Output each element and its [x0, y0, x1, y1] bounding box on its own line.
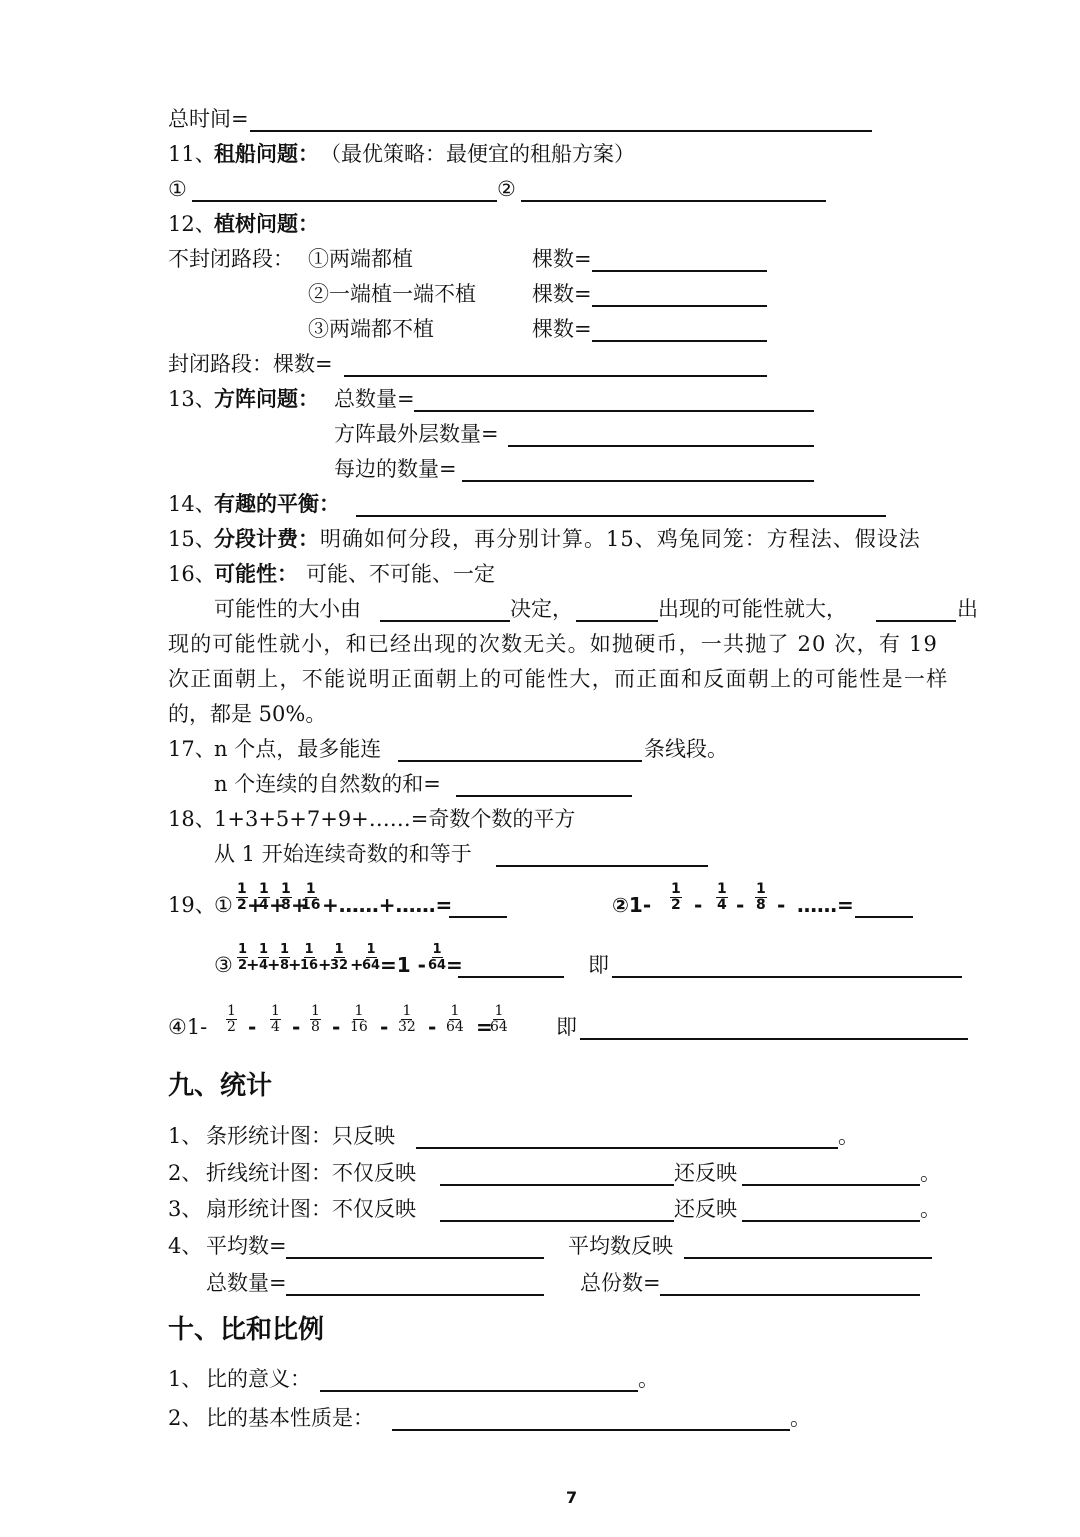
item-number: 3、 — [168, 1192, 202, 1226]
blank-q19-3[interactable] — [458, 976, 564, 978]
text: 总份数= — [580, 1266, 661, 1300]
item-number: 1、 — [168, 1119, 202, 1153]
numerator: 1 — [353, 1004, 364, 1020]
denominator: 32 — [330, 958, 348, 973]
label: 总时间= — [168, 102, 249, 136]
text: 现的可能性就小，和已经出现的次数无关。如抛硬币，一共抛了 20 次，有 19 — [168, 627, 938, 661]
denominator: 32 — [398, 1020, 416, 1035]
blank-s9-5b[interactable] — [660, 1294, 920, 1296]
formula-tail: +……+……= — [322, 888, 452, 922]
blank-q16-2[interactable] — [576, 620, 658, 622]
formula-marker: ① — [214, 888, 233, 922]
question-number: 19、 — [168, 888, 216, 922]
count-label: 棵数= — [532, 312, 592, 346]
question-text: 可能、不可能、一定 — [306, 557, 495, 591]
question-number: 11、 — [168, 137, 216, 171]
blank-q17-1[interactable] — [398, 760, 642, 762]
numerator: 1 — [432, 942, 443, 958]
blank-s9-3a[interactable] — [440, 1220, 674, 1222]
blank-s9-2b[interactable] — [742, 1184, 920, 1186]
item-number: 2、 — [168, 1401, 202, 1435]
numerator: 1 — [304, 942, 315, 958]
text: 平均数= — [206, 1229, 287, 1263]
question-number: 15、 — [168, 522, 216, 556]
text: 折线统计图：不仅反映 — [206, 1156, 416, 1190]
numerator: 1 — [401, 1004, 412, 1020]
text: 条形统计图：只反映 — [206, 1119, 395, 1153]
item-label: 每边的数量= — [334, 452, 457, 486]
blank-q16-3[interactable] — [876, 620, 956, 622]
text: n 个点，最多能连 — [214, 732, 381, 766]
formula-tail: ……= — [797, 888, 854, 922]
text: 次正面朝上，不能说明正面朝上的可能性大，而正面和反面朝上的可能性是一样 — [168, 662, 949, 696]
item-label: 总数量= — [334, 382, 415, 416]
numerator: 1 — [449, 1004, 460, 1020]
formula-marker: ③ — [214, 948, 233, 982]
item-number: 4、 — [168, 1229, 202, 1263]
text: 出 — [957, 592, 978, 626]
formula-marker: ④1- — [168, 1010, 207, 1044]
text: 条线段。 — [644, 732, 728, 766]
punct: 。 — [790, 1401, 811, 1435]
punct: 。 — [638, 1362, 659, 1396]
section-heading: 九、统计 — [168, 1064, 272, 1108]
denominator: 4 — [259, 898, 269, 913]
denominator: 4 — [271, 1020, 280, 1035]
blank-q13-2[interactable] — [508, 445, 814, 447]
text: 还反映 — [674, 1156, 737, 1190]
numerator: 1 — [493, 1004, 504, 1020]
numerator: 1 — [334, 942, 345, 958]
item-number: 2、 — [168, 1156, 202, 1190]
question-number: 18、 — [168, 802, 216, 836]
section-heading: 十、比和比例 — [168, 1308, 324, 1352]
blank-q14[interactable] — [356, 515, 886, 517]
case-label: ②一端植一端不植 — [308, 277, 476, 311]
page-number: 7 — [566, 1488, 577, 1507]
question-number: 14、 — [168, 487, 216, 521]
count-label: 棵数= — [532, 242, 592, 276]
question-title: 植树问题： — [214, 207, 319, 241]
denominator: 64 — [428, 958, 446, 973]
numerator: 1 — [305, 882, 317, 898]
blank-q11-2[interactable] — [521, 200, 826, 202]
blank-s9-2a[interactable] — [440, 1184, 674, 1186]
text: 可能性的大小由 — [214, 592, 361, 626]
blank-q12-2[interactable] — [592, 305, 767, 307]
text: 比的意义： — [206, 1362, 311, 1396]
numerator: 1 — [280, 882, 292, 898]
text: 出现的可能性就大， — [658, 592, 847, 626]
numerator: 1 — [270, 1004, 281, 1020]
closed-path-label: 封闭路段：棵数= — [168, 347, 333, 381]
denominator: 8 — [281, 898, 291, 913]
question-text: 明确如何分段，再分别计算。15、鸡兔同笼：方程法、假设法 — [320, 522, 921, 556]
text: 扇形统计图：不仅反映 — [206, 1192, 416, 1226]
denominator: 64 — [490, 1020, 508, 1035]
denominator: 4 — [717, 898, 727, 913]
blank-s9-1[interactable] — [416, 1147, 838, 1149]
question-note: （最优策略：最便宜的租船方案） — [320, 137, 635, 171]
question-title: 有趣的平衡： — [214, 487, 340, 521]
numerator: 1 — [258, 882, 270, 898]
denominator: 8 — [756, 898, 766, 913]
denominator: 16 — [350, 1020, 368, 1035]
blank-s9-4b[interactable] — [684, 1257, 932, 1259]
that-is-label: 即 — [588, 948, 609, 982]
that-is-label: 即 — [556, 1010, 577, 1044]
count-label: 棵数= — [532, 277, 592, 311]
denominator: 8 — [311, 1020, 320, 1035]
text: 比的基本性质是： — [206, 1401, 374, 1435]
blank-q17-2[interactable] — [456, 795, 632, 797]
question-number: 17、 — [168, 732, 216, 766]
denominator: 64 — [446, 1020, 464, 1035]
question-title: 可能性： — [214, 557, 298, 591]
question-number: 13、 — [168, 382, 216, 416]
numerator: 1 — [236, 882, 248, 898]
case-label: ①两端都植 — [308, 242, 413, 276]
numerator: 1 — [310, 1004, 321, 1020]
blank-q19-1[interactable] — [449, 916, 507, 918]
blank-q16-1[interactable] — [380, 620, 510, 622]
text: 1+3+5+7+9+……=奇数个数的平方 — [214, 802, 575, 836]
blank-s9-4a[interactable] — [286, 1257, 544, 1259]
blank-q13-1[interactable] — [414, 410, 814, 412]
open-path-label: 不封闭路段： — [168, 242, 294, 276]
blank-q19-4[interactable] — [580, 1038, 968, 1040]
denominator: 16 — [301, 898, 320, 913]
denominator: 64 — [362, 958, 380, 973]
item-number: 1、 — [168, 1362, 202, 1396]
formula-marker: ②1- — [612, 888, 651, 922]
punct: 。 — [920, 1192, 941, 1226]
denominator: 16 — [300, 958, 318, 973]
numerator: 1 — [226, 1004, 237, 1020]
punct: 。 — [838, 1119, 859, 1153]
blank-q12-1[interactable] — [592, 270, 767, 272]
punct: 。 — [920, 1156, 941, 1190]
question-number: 12、 — [168, 207, 216, 241]
blank-q12-closed[interactable] — [344, 375, 767, 377]
denominator: 2 — [671, 898, 681, 913]
blank-s10-1[interactable] — [320, 1390, 638, 1392]
text: 决定， — [510, 592, 573, 626]
option-marker: ① — [168, 172, 187, 206]
item-label: 方阵最外层数量= — [334, 417, 499, 451]
option-marker: ② — [497, 172, 516, 206]
denominator: 2 — [237, 898, 247, 913]
text: 还反映 — [674, 1192, 737, 1226]
blank-q12-3[interactable] — [592, 340, 767, 342]
text: 平均数反映 — [568, 1229, 673, 1263]
blank-q11-1[interactable] — [192, 200, 497, 202]
numerator: 1 — [716, 882, 728, 898]
question-number: 16、 — [168, 557, 216, 591]
case-label: ③两端都不植 — [308, 312, 434, 346]
text: 总数量= — [206, 1266, 287, 1300]
text: 从 1 开始连续奇数的和等于 — [214, 837, 472, 871]
text: n 个连续的自然数的和= — [214, 767, 441, 801]
formula-mid: =1 - — [380, 948, 426, 982]
blank-s9-3b[interactable] — [742, 1220, 920, 1222]
blank-total-time[interactable] — [250, 130, 872, 132]
blank-q13-3[interactable] — [462, 480, 814, 482]
blank-q19-3b[interactable] — [612, 976, 962, 978]
blank-q18[interactable] — [496, 865, 708, 867]
question-title: 租船问题： — [214, 137, 319, 171]
question-title: 方阵问题： — [214, 382, 319, 416]
question-title: 分段计费： — [214, 522, 319, 556]
text: 的，都是 50%。 — [168, 697, 326, 731]
numerator: 1 — [755, 882, 767, 898]
denominator: 2 — [227, 1020, 236, 1035]
numerator: 1 — [366, 942, 377, 958]
blank-q19-2[interactable] — [855, 916, 913, 918]
blank-s10-2[interactable] — [392, 1429, 790, 1431]
blank-s9-5a[interactable] — [286, 1294, 544, 1296]
numerator: 1 — [670, 882, 682, 898]
